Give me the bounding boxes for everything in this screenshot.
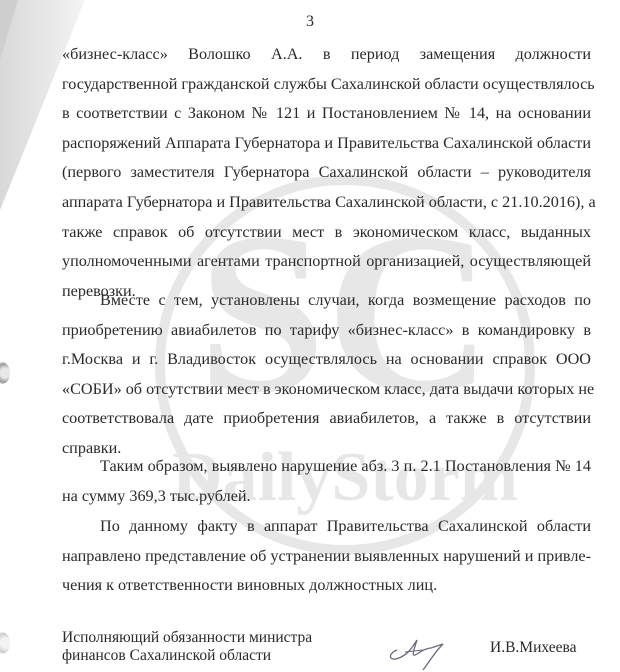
- text-line: приобретению авиабилетов по тарифу «бизн…: [62, 316, 591, 346]
- page-number: 3: [0, 13, 620, 31]
- signatory-title-line: финансов Сахалинской области: [62, 647, 312, 665]
- text-line: «СОБИ» об отсутствии мест в экономическо…: [62, 375, 591, 405]
- text-line: уполномоченными агентами транспортной ор…: [62, 247, 591, 277]
- paragraph-3: Таким образом, выявлено нарушение абз. 3…: [62, 452, 591, 511]
- text-line: аппарата Губернатора и Правительства Сах…: [62, 188, 591, 218]
- text-line: «бизнес-класс» Волошко А.А. в период зам…: [62, 40, 591, 70]
- text-line: чения к ответственности виновных должнос…: [62, 571, 591, 601]
- paragraph-2: Вместе с тем, установлены случаи, когда …: [62, 286, 591, 464]
- text-line: также справок об отсутствии мест в эконо…: [62, 218, 591, 248]
- paragraph-1: «бизнес-класс» Волошко А.А. в период зам…: [62, 40, 591, 306]
- text-line: распоряжений Аппарата Губернатора и Прав…: [62, 129, 591, 159]
- text-line: соответствовала дате приобретения авиаби…: [62, 404, 591, 434]
- text-line: г.Москва и г. Владивосток осуществлялось…: [62, 345, 591, 375]
- signatory-title-line: Исполняющий обязанности министра: [62, 629, 312, 647]
- paragraph-4: По данному факту в аппарат Правительства…: [62, 512, 591, 601]
- text-line: в соответствии с Законом № 121 и Постано…: [62, 99, 591, 129]
- text-line: (первого заместителя Губернатора Сахалин…: [62, 158, 591, 188]
- text-line: По данному факту в аппарат Правительства…: [62, 512, 591, 542]
- binding-hole-icon: [0, 632, 10, 654]
- text-line: Вместе с тем, установлены случаи, когда …: [62, 286, 591, 316]
- text-line: на сумму 369,3 тыс.рублей.: [62, 482, 591, 512]
- signature-icon: [383, 622, 463, 672]
- signatory-name: И.В.Михеева: [490, 639, 576, 657]
- text-line: государственной гражданской службы Сахал…: [62, 70, 591, 100]
- binding-hole-icon: [0, 362, 10, 384]
- text-line: Таким образом, выявлено нарушение абз. 3…: [62, 452, 591, 482]
- text-line: направлено представление об устранении в…: [62, 542, 591, 572]
- signatory-title: Исполняющий обязанности министра финансо…: [62, 629, 312, 665]
